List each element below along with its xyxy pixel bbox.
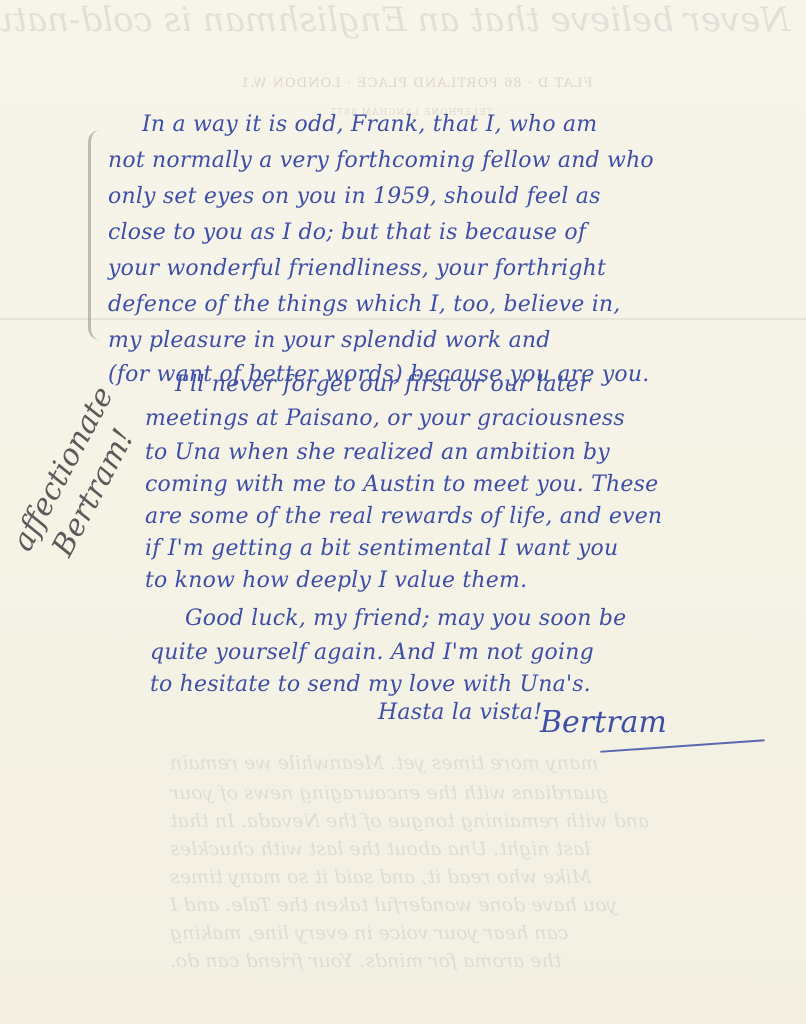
signature: Bertram	[540, 705, 667, 740]
letter-line: defence of the things which I, too, beli…	[108, 292, 621, 317]
pencil-margin-bracket	[88, 130, 107, 340]
letter-line: In a way it is odd, Frank, that I, who a…	[142, 112, 597, 137]
bleed-through-line: can hear your voice in every line, makin…	[170, 922, 568, 944]
letter-line: your wonderful friendliness, your forthr…	[108, 256, 606, 281]
bleed-through-line: last night. Una about the last with chuc…	[170, 838, 590, 860]
letter-line: only set eyes on you in 1959, should fee…	[108, 184, 601, 209]
letterhead-address-bleed: FLAT D · 86 PORTLAND PLACE · LONDON W.1	[240, 76, 593, 91]
bleed-through-line: the aroma for minds. Your friend can do.	[170, 950, 561, 972]
bleed-through-line: many more times yet. Meanwhile we remain	[170, 752, 598, 774]
bleed-through-top-text: Never believe that an Englishman is cold…	[150, 0, 790, 40]
pencil-margin-note: affectionate Bertram!	[4, 381, 156, 576]
letter-line: are some of the real rewards of life, an…	[145, 504, 662, 529]
letter-line: quite yourself again. And I'm not going	[150, 640, 594, 665]
letter-line: if I'm getting a bit sentimental I want …	[145, 536, 618, 561]
bleed-through-line: Mike who read it, and said it so many ti…	[170, 866, 591, 888]
bleed-through-line: and with remaining tongue of the Nevada.…	[170, 810, 649, 832]
letter-line: Good luck, my friend; may you soon be	[185, 606, 626, 631]
letter-line: I'll never forget our first or our later	[175, 372, 590, 397]
letter-line: close to you as I do; but that is becaus…	[108, 220, 586, 245]
letter-line: meetings at Paisano, or your graciousnes…	[145, 406, 625, 431]
bleed-through-line: you have done wonderful taken the Tale. …	[170, 894, 617, 916]
letter-line: to know how deeply I value them.	[145, 568, 527, 593]
letter-line: my pleasure in your splendid work and	[108, 328, 551, 353]
signature-flourish	[600, 739, 765, 753]
bleed-through-line: guardians with the encouraging news of y…	[170, 782, 608, 804]
letter-line: not normally a very forthcoming fellow a…	[108, 148, 654, 173]
paper-fold-line	[0, 318, 806, 320]
letter-line: coming with me to Austin to meet you. Th…	[145, 472, 658, 497]
letter-page: Never believe that an Englishman is cold…	[0, 0, 806, 1024]
letter-line: to hesitate to send my love with Una's.	[150, 672, 591, 697]
letter-line: to Una when she realized an ambition by	[145, 440, 610, 465]
letter-closing: Hasta la vista!	[378, 700, 542, 725]
